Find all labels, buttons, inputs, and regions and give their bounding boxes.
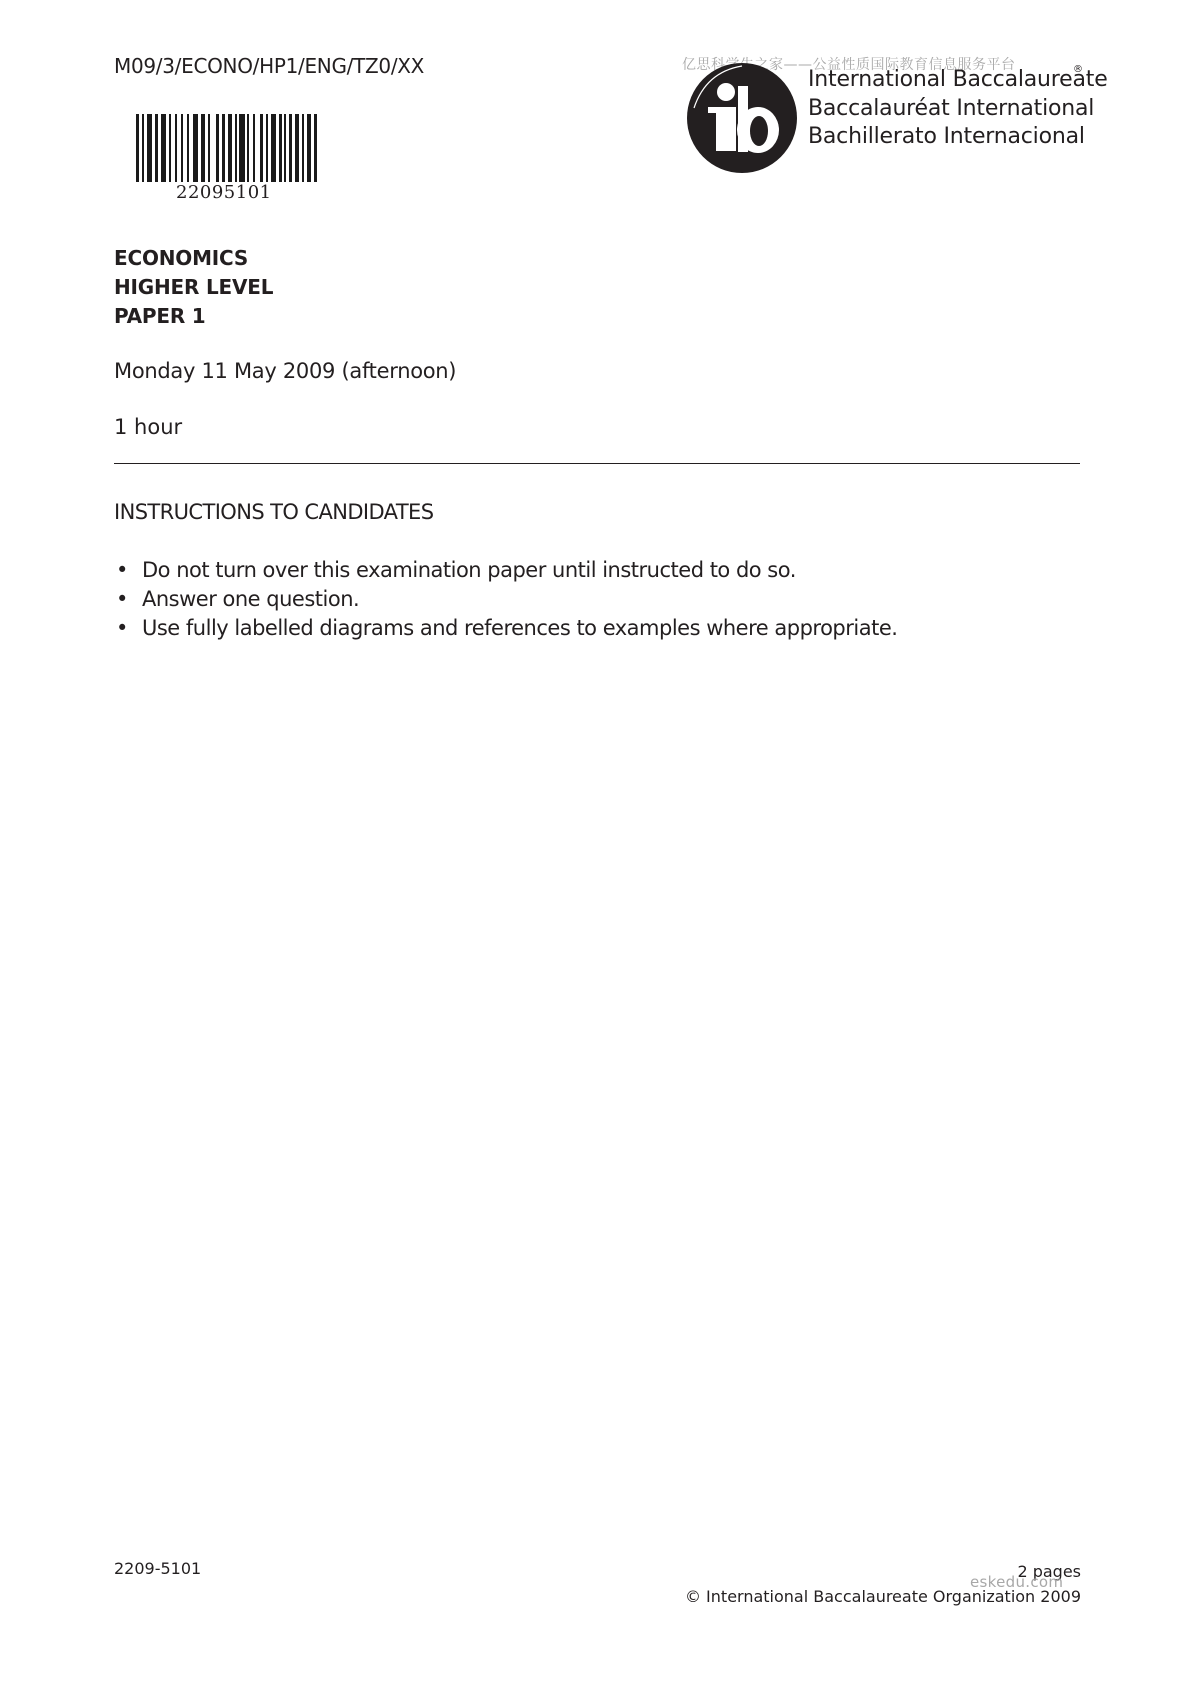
org-name-es: Bachillerato Internacional bbox=[808, 123, 1108, 152]
exam-title: ECONOMICS HIGHER LEVEL PAPER 1 bbox=[114, 244, 273, 331]
subject: ECONOMICS bbox=[114, 244, 273, 273]
ib-logo-icon bbox=[686, 62, 798, 174]
instructions-heading: INSTRUCTIONS TO CANDIDATES bbox=[114, 500, 433, 524]
divider bbox=[114, 463, 1080, 464]
paper: PAPER 1 bbox=[114, 302, 273, 331]
paper-code: M09/3/ECONO/HP1/ENG/TZ0/XX bbox=[114, 54, 424, 78]
exam-duration: 1 hour bbox=[114, 415, 182, 439]
level: HIGHER LEVEL bbox=[114, 273, 273, 302]
barcode-number: 22095101 bbox=[176, 182, 272, 203]
org-name-fr: Baccalauréat International bbox=[808, 95, 1108, 124]
instructions-list: •Do not turn over this examination paper… bbox=[114, 556, 897, 643]
bullet-icon: • bbox=[116, 614, 128, 643]
exam-date: Monday 11 May 2009 (afternoon) bbox=[114, 359, 456, 383]
organization-names: International Baccalaureate Baccalauréat… bbox=[808, 66, 1108, 152]
list-item: •Use fully labelled diagrams and referen… bbox=[114, 614, 897, 643]
list-item: •Answer one question. bbox=[114, 585, 897, 614]
bullet-icon: • bbox=[116, 556, 128, 585]
watermark-bottom: eskedu.com bbox=[970, 1573, 1063, 1591]
registered-mark: ® bbox=[1073, 64, 1083, 75]
org-name-en: International Baccalaureate bbox=[808, 66, 1108, 95]
bullet-icon: • bbox=[116, 585, 128, 614]
list-item: •Do not turn over this examination paper… bbox=[114, 556, 897, 585]
footer-code: 2209-5101 bbox=[114, 1559, 201, 1578]
barcode bbox=[136, 114, 318, 182]
